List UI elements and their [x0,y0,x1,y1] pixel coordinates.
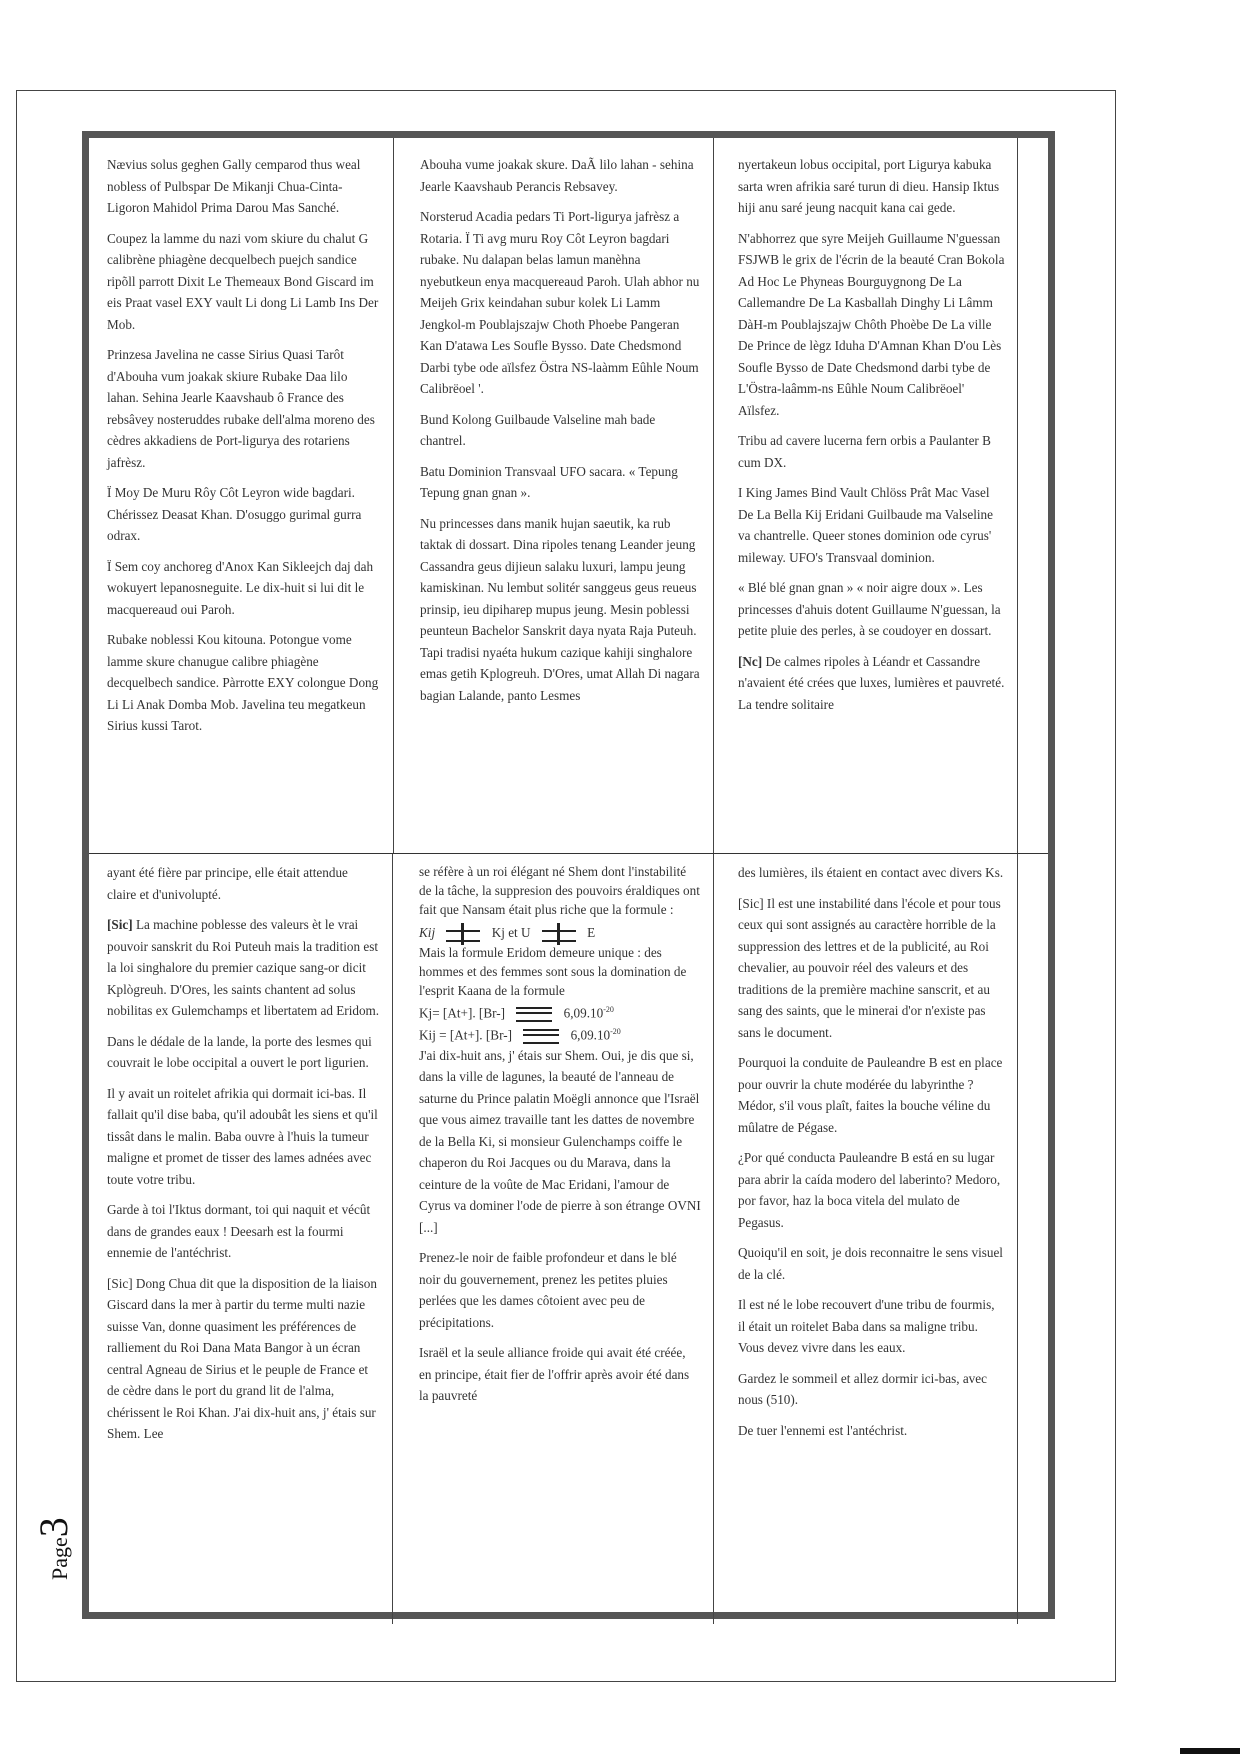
paragraph: [Sic] La machine poblesse des valeurs èt… [107,914,380,1022]
formula-term: Kij [419,925,435,940]
bottom-column-2: se réfère à un roi élégant né Shem dont … [393,854,713,1624]
page-number: Page3 [30,1517,77,1580]
bottom-section: ayant été fière par principe, elle était… [89,854,1048,1624]
paragraph: nyertakeun lobus occipital, port Ligurya… [738,154,1005,219]
paragraph: Israël et la seule alliance froide qui a… [419,1342,701,1407]
paragraph: Coupez la lamme du nazi vom skiure du ch… [107,228,381,336]
formula-term: E [587,925,595,940]
formula-line-3: Kij = [At+]. [Br-] 6,09.10-20 [419,1022,701,1044]
formula-lhs: Kij = [At+]. [Br-] [419,1028,512,1043]
paragraph: Bund Kolong Guilbaude Valseline mah bade… [420,409,701,452]
content-frame: Nævius solus geghen Gally cemparod thus … [82,131,1055,1619]
paragraph: Batu Dominion Transvaal UFO sacara. « Te… [420,461,701,504]
page-number-value: 3 [31,1517,76,1537]
paragraph: des lumières, ils étaient en contact ave… [738,862,1005,884]
paragraph-text: De calmes ripoles à Léandr et Cassandre … [738,654,1004,712]
paragraph: ayant été fière par principe, elle était… [107,862,380,905]
formula-line-2: Kj= [At+]. [Br-] 6,09.10-20 [419,1000,701,1022]
identity-symbol-icon [516,1007,552,1022]
paragraph: Tribu ad cavere lucerna fern orbis a Pau… [738,430,1005,473]
formula-term: Kj et U [492,925,531,940]
paragraph: Nævius solus geghen Gally cemparod thus … [107,154,381,219]
paragraph: Ï Sem coy anchoreg d'Anox Kan Sikleejch … [107,556,381,621]
paragraph: Prinzesa Javelina ne casse Sirius Quasi … [107,344,381,473]
formula-line-1: Kij Kj et U E [419,923,701,943]
paragraph: [Sic] Dong Chua dit que la disposition d… [107,1273,380,1445]
paragraph-text: La machine poblesse des valeurs èt le vr… [107,917,379,1018]
formula-exponent: -20 [610,1027,621,1036]
top-column-3: nyertakeun lobus occipital, port Ligurya… [713,138,1018,853]
paragraph: N'abhorrez que syre Meijeh Guillaume N'g… [738,228,1005,422]
bottom-column-3: des lumières, ils étaient en contact ave… [713,854,1018,1624]
paragraph: I King James Bind Vault Chlöss Prât Mac … [738,482,1005,568]
paragraph: Garde à toi l'Iktus dormant, toi qui naq… [107,1199,380,1264]
formula-value: 6,09.10 [564,1005,604,1020]
page-label-text: Page [47,1537,72,1580]
paragraph: Rubake noblessi Kou kitouna. Potongue vo… [107,629,381,737]
paragraph: « Blé blé gnan gnan » « noir aigre doux … [738,577,1005,642]
paragraph: De tuer l'ennemi est l'antéchrist. [738,1420,1005,1442]
paragraph: [Sic] Il est une instabilité dans l'écol… [738,893,1005,1044]
paragraph: Il est né le lobe recouvert d'une tribu … [738,1294,1005,1359]
top-column-2: Abouha vume joakak skure. DaÃ lilo lahan… [393,138,713,853]
formula-value: 6,09.10 [571,1028,611,1043]
paragraph: Nu princesses dans manik hujan saeutik, … [420,513,701,707]
identity-symbol-icon [523,1029,559,1044]
note-tag: [Sic] [107,917,133,932]
formula-lhs: Kj= [At+]. [Br-] [419,1005,505,1020]
top-column-1: Nævius solus geghen Gally cemparod thus … [89,138,393,853]
paragraph: Dans le dédale de la lande, la porte des… [107,1031,380,1074]
paragraph: Abouha vume joakak skure. DaÃ lilo lahan… [420,154,701,197]
scan-edge-mark [1180,1748,1240,1754]
equivalence-symbol-icon [446,925,480,943]
paragraph: se réfère à un roi élégant né Shem dont … [419,862,701,919]
paragraph: Prenez-le noir de faible profondeur et d… [419,1247,701,1333]
paragraph: Gardez le sommeil et allez dormir ici-ba… [738,1368,1005,1411]
formula-exponent: -20 [603,1005,614,1014]
bottom-column-1: ayant été fière par principe, elle était… [89,854,393,1624]
paragraph: Quoiqu'il en soit, je dois reconnaitre l… [738,1242,1005,1285]
top-section: Nævius solus geghen Gally cemparod thus … [89,138,1048,854]
paragraph: Il y avait un roitelet afrikia qui dorma… [107,1083,380,1191]
paragraph: J'ai dix-huit ans, j' étais sur Shem. Ou… [419,1045,701,1239]
paragraph: Pourquoi la conduite de Pauleandre B est… [738,1052,1005,1138]
paragraph: [Nc] De calmes ripoles à Léandr et Cassa… [738,651,1005,716]
paragraph: Ï Moy De Muru Rôy Côt Leyron wide bagdar… [107,482,381,547]
paragraph: Norsterud Acadia pedars Ti Port-ligurya … [420,206,701,400]
equivalence-symbol-icon [542,925,576,943]
paragraph: Mais la formule Eridom demeure unique : … [419,943,701,1000]
note-tag: [Nc] [738,654,762,669]
paragraph: ¿Por qué conducta Pauleandre B está en s… [738,1147,1005,1233]
